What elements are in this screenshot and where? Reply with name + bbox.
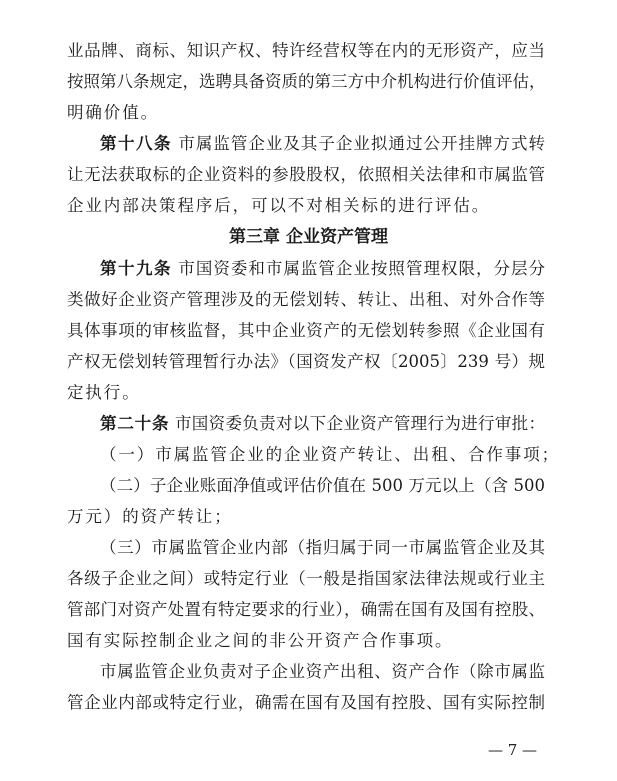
article-text: 市国资委负责对以下企业资产管理行为进行审批：: [175, 414, 545, 433]
paragraph-line: 管企业内部或特定行业，确需在国有及国有控股、国有实际控制: [67, 693, 545, 713]
list-item-3: （三）市属监管企业内部（指归属于同一市属监管企业及其: [100, 538, 545, 558]
paragraph-line: 具体事项的审核监督，其中企业资产的无偿划转参照《企业国有: [67, 321, 545, 341]
article-19-first-line: 第十九条 市国资委和市属监管企业按照管理权限，分层分: [100, 259, 545, 279]
paragraph-line: 万元）的资产转让；: [67, 507, 545, 527]
paragraph-line: 管部门对资产处置有特定要求的行业），确需在国有及国有控股、: [67, 600, 545, 620]
paragraph-line: 企业内部决策程序后，可以不对相关标的进行评估。: [67, 196, 545, 216]
article-text: 市国资委和市属监管企业按照管理权限，分层分: [178, 259, 545, 278]
paragraph-line: 按照第八条规定，选聘具备资质的第三方中介机构进行价值评估，: [67, 72, 545, 92]
list-item-2: （二）子企业账面净值或评估价值在 500 万元以上（含 500: [100, 476, 545, 496]
paragraph-line: 类做好企业资产管理涉及的无偿划转、转让、出租、对外合作等: [67, 290, 545, 310]
article-label: 第十八条: [100, 134, 172, 153]
chapter-heading: 第三章 企业资产管理: [0, 227, 617, 247]
paragraph-line: 产权无偿划转管理暂行办法》（国资发产权〔2005〕239 号）规: [67, 352, 545, 372]
article-18-first-line: 第十八条 市属监管企业及其子企业拟通过公开挂牌方式转: [100, 134, 545, 154]
article-20-first-line: 第二十条 市国资委负责对以下企业资产管理行为进行审批：: [100, 414, 545, 434]
list-item-1: （一）市属监管企业的企业资产转让、出租、合作事项；: [100, 445, 545, 465]
document-page: 业品牌、商标、知识产权、特许经营权等在内的无形资产，应当 按照第八条规定，选聘具…: [0, 0, 617, 781]
article-label: 第十九条: [100, 259, 172, 278]
page-number: — 7 —: [485, 740, 540, 760]
paragraph-line: 市属监管企业负责对子企业资产出租、资产合作（除市属监: [100, 662, 545, 682]
paragraph-line: 定执行。: [67, 383, 545, 403]
paragraph-line: 明确价值。: [67, 103, 545, 123]
article-text: 市属监管企业及其子企业拟通过公开挂牌方式转: [178, 134, 545, 153]
paragraph-line: 国有实际控制企业之间的非公开资产合作事项。: [67, 631, 545, 651]
article-label: 第二十条: [100, 414, 169, 433]
paragraph-line: 业品牌、商标、知识产权、特许经营权等在内的无形资产，应当: [67, 41, 545, 61]
paragraph-line: 让无法获取标的企业资料的参股股权，依照相关法律和市属监管: [67, 165, 545, 185]
paragraph-line: 各级子企业之间）或特定行业（一般是指国家法律法规或行业主: [67, 569, 545, 589]
